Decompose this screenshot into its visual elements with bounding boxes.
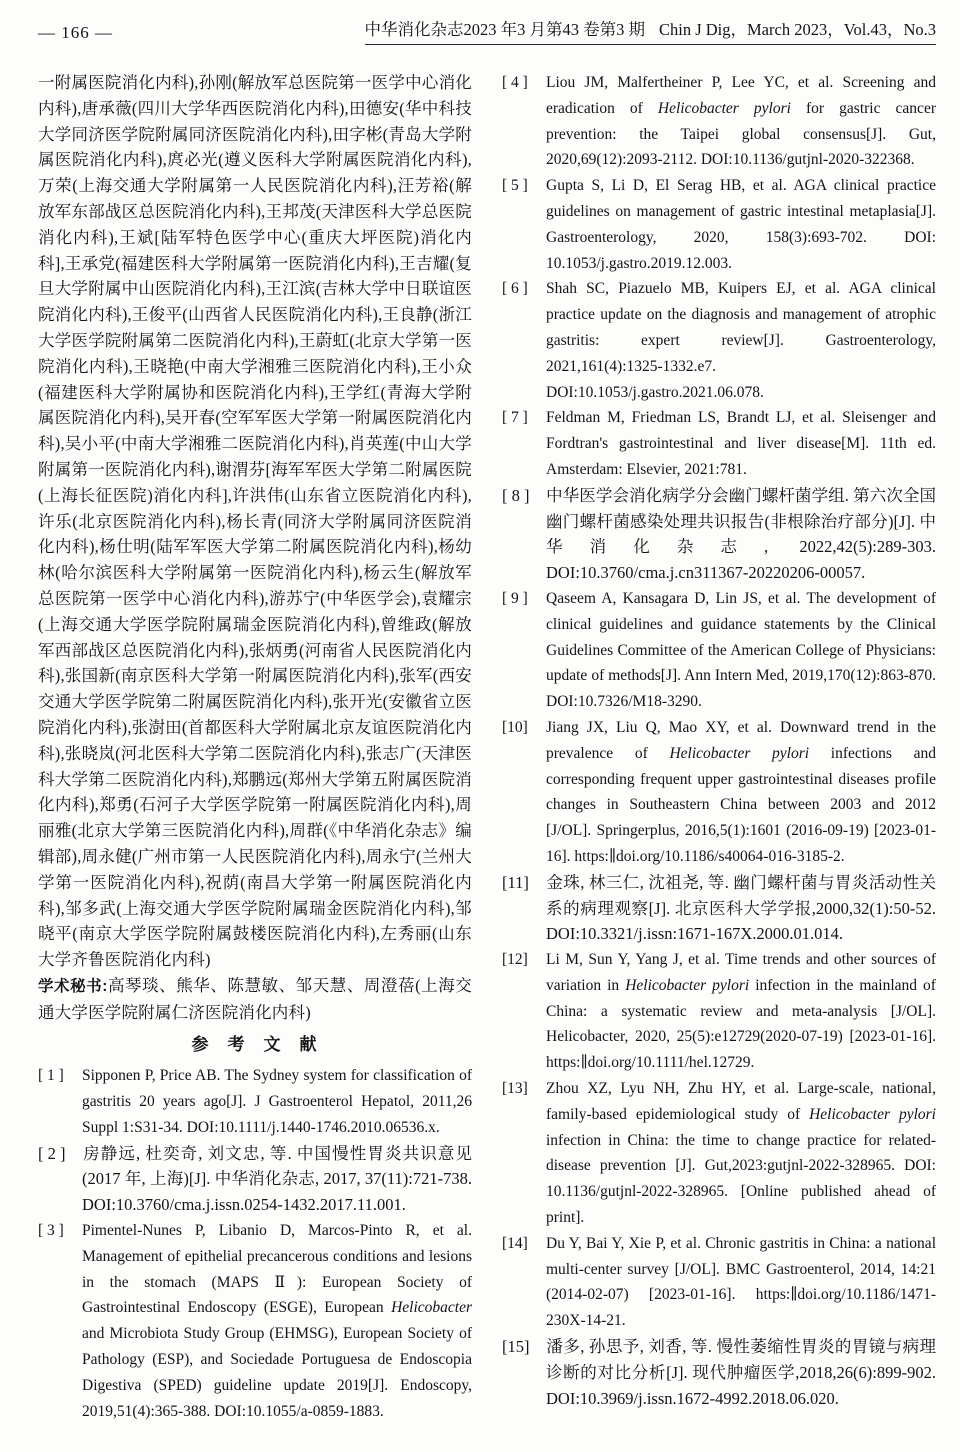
reference-text: Feldman M, Friedman LS, Brandt LJ, et al… <box>546 409 936 478</box>
reference-text: Shah SC, Piazuelo MB, Kuipers EJ, et al.… <box>546 280 936 400</box>
reference-text: Liou JM, Malfertheiner P, Lee YC, et al.… <box>546 74 936 168</box>
reference-item: [ 7 ]Feldman M, Friedman LS, Brandt LJ, … <box>502 405 936 482</box>
reference-number: [ 2 ] <box>38 1141 82 1167</box>
author-affiliation-list: 一附属医院消化内科),孙刚(解放军总医院第一医学中心消化内科),唐承薇(四川大学… <box>38 70 472 973</box>
reference-number: [ 6 ] <box>502 276 546 302</box>
reference-item: [ 9 ]Qaseem A, Kansagara D, Lin JS, et a… <box>502 586 936 715</box>
reference-item: [15]潘多, 孙思予, 刘香, 等. 慢性萎缩性胃炎的胃镜与病理诊断的对比分析… <box>502 1334 936 1411</box>
reference-text: Gupta S, Li D, El Serag HB, et al. AGA c… <box>546 177 936 271</box>
academic-secretary-line: 学术秘书:高琴琰、熊华、陈慧敏、邹天慧、周澄蓓(上海交通大学医学院附属仁济医院消… <box>38 973 472 1026</box>
reference-item: [ 8 ]中华医学会消化病学分会幽门螺杆菌学组. 第六次全国幽门螺杆菌感染处理共… <box>502 483 936 586</box>
reference-item: [ 5 ]Gupta S, Li D, El Serag HB, et al. … <box>502 173 936 276</box>
reference-number: [ 5 ] <box>502 173 546 199</box>
reference-text: Qaseem A, Kansagara D, Lin JS, et al. Th… <box>546 590 936 710</box>
reference-item: [11]金珠, 林三仁, 沈祖尧, 等. 幽门螺杆菌与胃炎活动性关系的病理观察[… <box>502 870 936 947</box>
page-number: — 166 — <box>38 23 113 45</box>
reference-number: [ 3 ] <box>38 1218 82 1244</box>
reference-item: [14]Du Y, Bai Y, Xie P, et al. Chronic g… <box>502 1231 936 1334</box>
reference-number: [ 9 ] <box>502 586 546 612</box>
two-column-body: 一附属医院消化内科),孙刚(解放军总医院第一医学中心消化内科),唐承薇(四川大学… <box>38 70 936 1442</box>
reference-text: 金珠, 林三仁, 沈祖尧, 等. 幽门螺杆菌与胃炎活动性关系的病理观察[J]. … <box>546 873 936 944</box>
journal-header: 中华消化杂志2023 年3 月第43 卷第3 期Chin J Dig，March… <box>365 16 937 45</box>
reference-text: Jiang JX, Liu Q, Mao XY, et al. Downward… <box>546 719 936 865</box>
reference-number: [ 1 ] <box>38 1063 82 1089</box>
reference-number: [11] <box>502 870 546 896</box>
reference-number: [ 7 ] <box>502 405 546 431</box>
reference-text: Sipponen P, Price AB. The Sydney system … <box>82 1067 472 1136</box>
journal-title-cn: 中华消化杂志2023 年3 月第43 卷第3 期 <box>365 20 646 39</box>
reference-number: [13] <box>502 1076 546 1102</box>
reference-text: 房静远, 杜奕奇, 刘文忠, 等. 中国慢性胃炎共识意见(2017 年, 上海)… <box>82 1144 472 1215</box>
reference-number: [10] <box>502 715 546 741</box>
reference-number: [14] <box>502 1231 546 1257</box>
reference-item: [ 3 ]Pimentel-Nunes P, Libanio D, Marcos… <box>38 1218 472 1424</box>
reference-item: [10]Jiang JX, Liu Q, Mao XY, et al. Down… <box>502 715 936 870</box>
reference-number: [12] <box>502 947 546 973</box>
reference-item: [13]Zhou XZ, Lyu NH, Zhu HY, et al. Larg… <box>502 1076 936 1231</box>
journal-title-en: Chin J Dig，March 2023，Vol.43，No.3 <box>659 20 936 39</box>
reference-text: 潘多, 孙思予, 刘香, 等. 慢性萎缩性胃炎的胃镜与病理诊断的对比分析[J].… <box>546 1337 936 1408</box>
references-heading: 参 考 文 献 <box>38 1032 472 1058</box>
reference-number: [ 8 ] <box>502 483 546 509</box>
reference-number: [ 4 ] <box>502 70 546 96</box>
reference-item: [ 1 ]Sipponen P, Price AB. The Sydney sy… <box>38 1063 472 1140</box>
academic-secretary-label: 学术秘书: <box>38 978 108 995</box>
reference-number: [15] <box>502 1334 546 1360</box>
reference-text: Li M, Sun Y, Yang J, et al. Time trends … <box>546 951 936 1071</box>
reference-text: Pimentel-Nunes P, Libanio D, Marcos-Pint… <box>82 1222 472 1420</box>
reference-text: Du Y, Bai Y, Xie P, et al. Chronic gastr… <box>546 1235 936 1329</box>
reference-text: 中华医学会消化病学分会幽门螺杆菌学组. 第六次全国幽门螺杆菌感染处理共识报告(非… <box>546 486 936 582</box>
reference-text: Zhou XZ, Lyu NH, Zhu HY, et al. Large-sc… <box>546 1080 936 1226</box>
reference-item: [ 2 ]房静远, 杜奕奇, 刘文忠, 等. 中国慢性胃炎共识意见(2017 年… <box>38 1141 472 1218</box>
reference-item: [12]Li M, Sun Y, Yang J, et al. Time tre… <box>502 947 936 1076</box>
journal-page: — 166 — 中华消化杂志2023 年3 月第43 卷第3 期Chin J D… <box>0 0 960 1452</box>
reference-item: [ 4 ]Liou JM, Malfertheiner P, Lee YC, e… <box>502 70 936 173</box>
running-head: — 166 — 中华消化杂志2023 年3 月第43 卷第3 期Chin J D… <box>38 16 936 45</box>
reference-item: [ 6 ]Shah SC, Piazuelo MB, Kuipers EJ, e… <box>502 276 936 405</box>
